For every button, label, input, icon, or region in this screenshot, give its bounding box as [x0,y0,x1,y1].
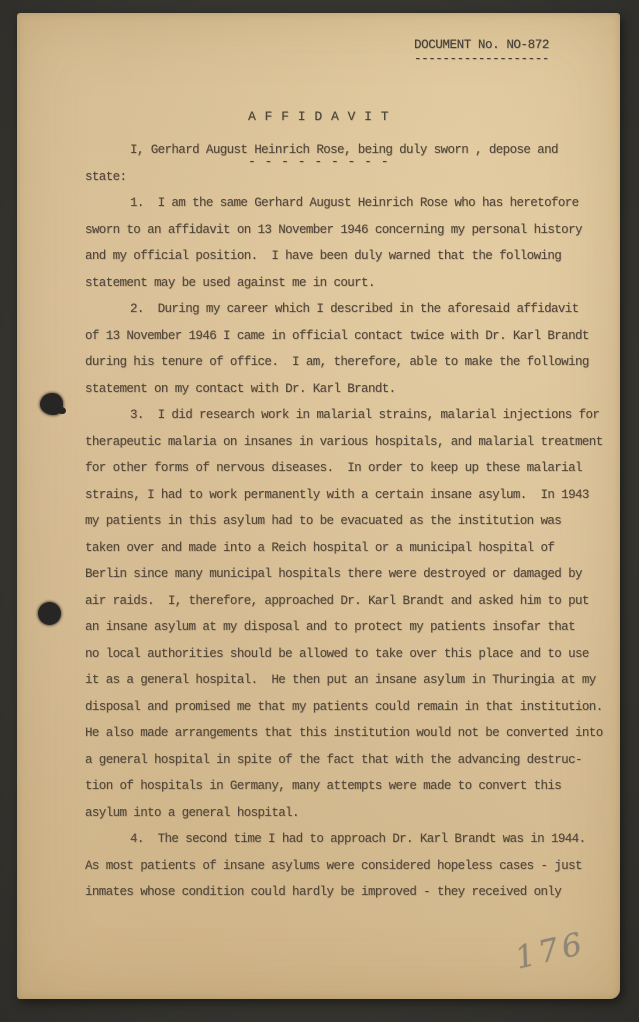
text-line: He also made arrangements that this inst… [85,720,585,747]
text-line: therapeutic malaria on insanes in variou… [85,429,585,456]
text-line: and my official position. I have been du… [85,243,585,270]
document-body: I, Gerhard August Heinrich Rose, being d… [85,137,585,906]
text-line: statement on my contact with Dr. Karl Br… [85,376,585,403]
text-line: state: [85,164,585,191]
paragraph: 3. I did research work in malarial strai… [85,402,585,826]
text-line: 3. I did research work in malarial strai… [85,402,585,429]
document-number: DOCUMENT No. NO-872 [414,38,549,52]
text-line: of 13 November 1946 I came in official c… [85,323,585,350]
paragraph: I, Gerhard August Heinrich Rose, being d… [85,137,585,190]
text-line: As most patients of insane asylums were … [85,853,585,880]
paragraph: 1. I am the same Gerhard August Heinrich… [85,190,585,296]
text-line: it as a general hospital. He then put an… [85,667,585,694]
text-line: tion of hospitals in Germany, many attem… [85,773,585,800]
punch-hole-bottom [38,602,61,625]
text-line: sworn to an affidavit on 13 November 194… [85,217,585,244]
document-number-block: DOCUMENT No. NO-872 ------------------- [414,38,549,66]
text-line: air raids. I, therefore, approached Dr. … [85,588,585,615]
text-line: a general hospital in spite of the fact … [85,747,585,774]
text-line: strains, I had to work permanently with … [85,482,585,509]
photo-background: DOCUMENT No. NO-872 ------------------- … [0,0,639,1022]
text-line: Berlin since many municipal hospitals th… [85,561,585,588]
text-line: 2. During my career which I described in… [85,296,585,323]
text-line: for other forms of nervous diseases. In … [85,455,585,482]
document-title: A F F I D A V I T [17,109,620,124]
text-line: asylum into a general hospital. [85,800,585,827]
text-line: I, Gerhard August Heinrich Rose, being d… [85,137,585,164]
text-line: no local authorities should be allowed t… [85,641,585,668]
text-line: an insane asylum at my disposal and to p… [85,614,585,641]
punch-hole-top [40,393,63,415]
text-line: statement may be used against me in cour… [85,270,585,297]
handwritten-page-number: 176 [512,925,589,976]
document-number-underline: ------------------- [414,52,549,66]
text-line: 1. I am the same Gerhard August Heinrich… [85,190,585,217]
paragraph: 2. During my career which I described in… [85,296,585,402]
text-line: taken over and made into a Reich hospita… [85,535,585,562]
paragraph: 4. The second time I had to approach Dr.… [85,826,585,906]
text-line: 4. The second time I had to approach Dr.… [85,826,585,853]
text-line: during his tenure of office. I am, there… [85,349,585,376]
text-line: disposal and promised me that my patient… [85,694,585,721]
affidavit-page: DOCUMENT No. NO-872 ------------------- … [17,13,620,999]
text-line: inmates whose condition could hardly be … [85,879,585,906]
text-line: my patients in this asylum had to be eva… [85,508,585,535]
